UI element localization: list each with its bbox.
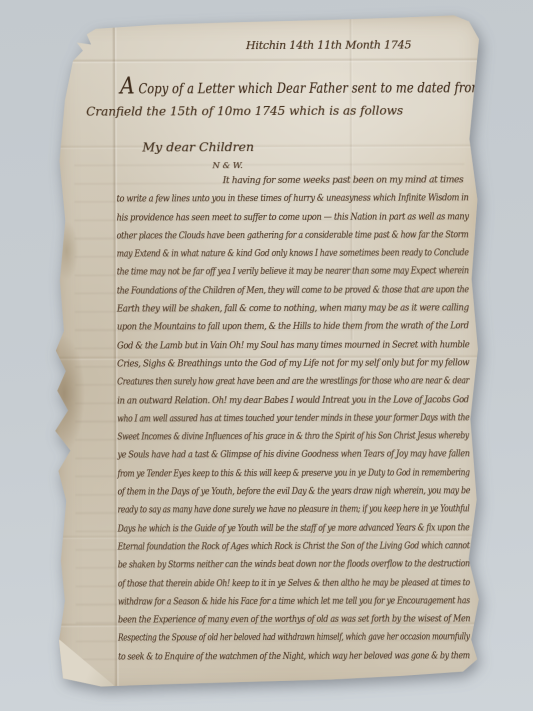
letter-line: be shaken by Storms neither can the wind… [118, 556, 404, 575]
letter-line: God & the Lamb but in Vain Oh! my Soul h… [117, 336, 425, 355]
letter-line: the Foundations of the Children of Men, … [117, 281, 409, 300]
letter-heading-line1: A Copy of a Letter which Dear Father sen… [120, 70, 426, 99]
letter-line: who I am well assured has at times touch… [117, 409, 398, 428]
letter-line: Sweet Incomes & divine Influences of his… [117, 428, 394, 447]
letter-line: to write a few lines unto you in these t… [116, 190, 417, 209]
letter-heading-line2: Cranfield the 15th of 10mo 1745 which is… [86, 104, 403, 119]
letter-line: upon the Mountains to fall upon them, & … [117, 318, 422, 337]
letter-line: from ye Tender Eyes keep to this & this … [117, 464, 394, 483]
manuscript-text-layer: Hitchin 14th 11th Month 1745 A Copy of a… [54, 13, 488, 695]
letter-line: Respecting the Spouse of old her beloved… [118, 629, 387, 648]
letter-line: his providence has seen meet to suffer t… [116, 208, 421, 227]
letter-line: Eternal foundation the Rock of Ages whic… [118, 537, 401, 556]
letter-paper: Hitchin 14th 11th Month 1745 A Copy of a… [54, 13, 488, 695]
letter-line: in an outward Relation. Oh! my dear Babe… [117, 391, 427, 410]
letter-line: of those that therein abide Oh! keep to … [118, 574, 404, 593]
photo-background: Hitchin 14th 11th Month 1745 A Copy of a… [0, 0, 533, 711]
letter-line: of them in the Days of ye Youth, before … [117, 483, 406, 502]
letter-line: the time may not be far off yea I verily… [117, 263, 407, 282]
letter-initials: N & W. [212, 161, 242, 171]
letter-line: ye Souls have had a tast & Glimpse of hi… [117, 446, 414, 465]
letter-line: It having for some weeks past been on my… [116, 171, 450, 190]
letter-line: to seek & to Enquire of the watchmen of … [118, 647, 405, 666]
letter-line: Days he which is the Guide of ye Youth w… [118, 519, 402, 538]
letter-line: Cries, Sighs & Breathings unto the God o… [117, 354, 432, 373]
letter-body: It having for some weeks past been on my… [116, 171, 470, 666]
letter-dateline: Hitchin 14th 11th Month 1745 [246, 39, 411, 53]
letter-line: ready to say as many have done surely we… [118, 501, 395, 520]
letter-line: Creatures then surely how great have bee… [117, 373, 400, 392]
letter-paper-shadow: Hitchin 14th 11th Month 1745 A Copy of a… [54, 13, 488, 695]
letter-line: Earth they will be shaken, fall & come t… [117, 300, 433, 319]
letter-line: withdraw for a Season & hide his Face fo… [118, 592, 401, 611]
letter-line: other places the Clouds have been gather… [117, 226, 409, 245]
letter-line: been the Experience of many even of the … [118, 611, 414, 630]
letter-line: may Extend & in what nature & kind God o… [117, 245, 405, 264]
letter-salutation: My dear Children [142, 139, 254, 154]
